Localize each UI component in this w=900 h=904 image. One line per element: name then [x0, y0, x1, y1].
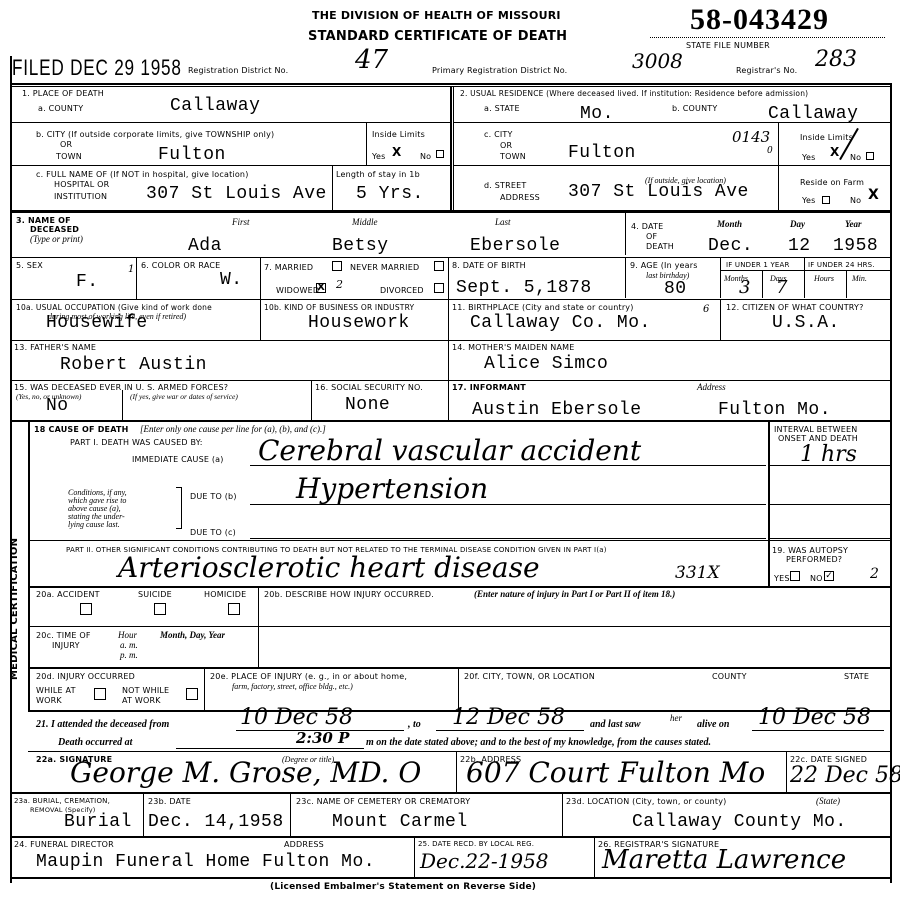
am-label: a. m. — [120, 641, 138, 650]
pod-city-or: OR — [60, 140, 72, 149]
alive-on-label: alive on — [697, 720, 730, 729]
attended-to-line — [436, 730, 584, 731]
divorced-label: DIVORCED — [380, 286, 424, 295]
immediate-cause-label: IMMEDIATE CAUSE (a) — [132, 455, 224, 464]
col-line — [311, 380, 312, 420]
location-label: 23d. LOCATION (City, town, or county) — [566, 797, 727, 806]
col-line — [762, 270, 763, 298]
col-line — [846, 270, 847, 298]
business-label: 10b. KIND OF BUSINESS OR INDUSTRY — [264, 303, 414, 312]
under-24hr-label: IF UNDER 24 HRS. — [808, 261, 875, 270]
autopsy-code: 2 — [870, 566, 879, 582]
filed-stamp-bar — [10, 56, 12, 84]
last-name-label: Last — [495, 218, 511, 227]
homicide-label: HOMICIDE — [204, 590, 246, 599]
res-street-label-2: ADDRESS — [500, 193, 540, 202]
accident-label: 20a. ACCIDENT — [36, 590, 100, 599]
res-city-or: OR — [500, 141, 512, 150]
age-months-value: 3 — [739, 279, 750, 297]
row-line — [12, 257, 890, 258]
row-line — [12, 380, 890, 381]
pod-length-of-stay-value: 5 Yrs. — [356, 184, 424, 204]
widowed-label: WIDOWED — [276, 286, 319, 295]
date-signed-value: 22 Dec 58 — [790, 764, 900, 788]
pod-length-of-stay-label: Length of stay in 1b — [336, 170, 420, 179]
year-label: Year — [845, 220, 862, 229]
header-title-line2: STANDARD CERTIFICATE OF DEATH — [308, 30, 567, 44]
funeral-director-label: 24. FUNERAL DIRECTOR — [14, 840, 114, 849]
registrars-no-label: Registrar's No. — [736, 66, 797, 75]
physician-signature: George M. Grose, MD. O — [70, 758, 421, 788]
ssn-label: 16. SOCIAL SECURITY NO. — [315, 383, 423, 392]
pod-hospital-label: c. FULL NAME OF (If NOT in hospital, giv… — [36, 170, 249, 179]
suicide-checkbox[interactable] — [154, 603, 166, 615]
interval-line-a — [770, 465, 890, 466]
row-line — [454, 165, 890, 166]
col-line — [448, 300, 449, 340]
middle-name-value: Betsy — [332, 236, 389, 256]
injury-state-label: STATE — [844, 672, 869, 681]
primary-registration-district-value: 3008 — [632, 50, 683, 72]
while-at-work-label-2: WORK — [36, 696, 62, 705]
last-name-value: Ebersole — [470, 236, 560, 256]
interval-value: 1 hrs — [800, 444, 857, 466]
occupation-value: Housewife — [46, 313, 148, 333]
divider-1-2 — [450, 86, 452, 210]
married-checkbox[interactable] — [332, 261, 342, 271]
col-line — [720, 258, 721, 298]
section-divider — [10, 210, 892, 213]
registration-district-label: Registration District No. — [188, 66, 288, 75]
date-of-death-label-2: OF — [646, 232, 657, 241]
race-value: W. — [220, 270, 243, 290]
armed-forces-sub2: (If yes, give war or dates of service) — [130, 392, 238, 401]
accident-checkbox[interactable] — [80, 603, 92, 615]
informant-address-label: Address — [697, 383, 726, 392]
date-received-value: Dec.22-1958 — [420, 850, 549, 872]
under-1yr-label: IF UNDER 1 YEAR — [726, 261, 790, 270]
occupation-label: 10a. USUAL OCCUPATION (Give kind of work… — [16, 303, 212, 312]
col-line — [414, 837, 415, 877]
due-to-c-label: DUE TO (c) — [190, 528, 236, 537]
cemetery-label: 23c. NAME OF CEMETERY OR CREMATORY — [296, 797, 470, 806]
burial-label: 23a. BURIAL, CREMATION, — [14, 797, 110, 806]
last-saw-date-line — [752, 730, 884, 731]
mdy-label: Month, Day, Year — [160, 631, 225, 640]
col-line — [458, 668, 459, 710]
dob-label: 8. DATE OF BIRTH — [452, 261, 526, 270]
to-label: , to — [408, 720, 421, 729]
res-street-value: 307 St Louis Ave — [568, 182, 749, 202]
frame-left — [10, 83, 12, 883]
col-line — [122, 390, 123, 420]
suicide-label: SUICIDE — [138, 590, 172, 599]
date-of-death-label: 4. DATE — [631, 222, 663, 231]
header-title-line1: THE DIVISION OF HEALTH OF MISSOURI — [312, 10, 561, 22]
res-farm-no-mark[interactable]: X — [868, 188, 879, 202]
time-of-injury-label: 20c. TIME OF — [36, 631, 91, 640]
race-label: 6. COLOR OR RACE — [141, 261, 220, 270]
hours-label: Hours — [814, 274, 834, 283]
father-label: 13. FATHER'S NAME — [14, 343, 96, 352]
col-line — [448, 340, 449, 380]
res-inside-limits-label: Inside Limits — [800, 133, 853, 142]
pod-hospital-label-2: HOSPITAL OR — [54, 180, 109, 189]
col-line — [786, 752, 787, 792]
section-divider — [10, 836, 892, 838]
section-divider — [10, 420, 892, 422]
hour-label: Hour — [118, 631, 137, 640]
pod-hospital-value: 307 St Louis Ave — [146, 184, 327, 204]
state-file-number-label: STATE FILE NUMBER — [686, 41, 770, 50]
not-while-at-work-checkbox[interactable] — [186, 688, 198, 700]
name-label: 3. NAME OF — [16, 216, 71, 225]
cause-of-death-label: 18 CAUSE OF DEATH — [34, 425, 129, 434]
divider-1-2-inner — [453, 86, 454, 210]
last-saw-date-value: 10 Dec 58 — [758, 705, 871, 730]
death-statement: m on the date stated above; and to the b… — [366, 738, 711, 747]
col-line — [260, 300, 261, 340]
armed-forces-value: No — [46, 396, 69, 416]
funeral-address-label: ADDRESS — [284, 840, 324, 849]
never-married-label: NEVER MARRIED — [350, 263, 419, 272]
describe-injury-label: 20b. DESCRIBE HOW INJURY OCCURRED. — [264, 590, 434, 599]
row-line — [12, 299, 890, 300]
death-month-value: Dec. — [708, 236, 753, 256]
ssn-value: None — [345, 395, 390, 415]
pod-inside-limits-label: Inside Limits — [372, 130, 425, 139]
row-line — [28, 626, 890, 627]
location-value: Callaway County Mo. — [632, 812, 847, 832]
marital-code: 2 — [336, 278, 343, 291]
immediate-cause-line — [250, 465, 766, 466]
burial-date-value: Dec. 14,1958 — [148, 812, 284, 832]
pod-hospital-label-3: INSTITUTION — [54, 192, 107, 201]
col-line — [448, 380, 449, 420]
registration-district-value: 47 — [355, 46, 388, 74]
col-line — [366, 123, 367, 165]
immediate-cause-value: Cerebral vascular accident — [258, 436, 641, 466]
part2-value: Arteriosclerotic heart disease — [118, 553, 540, 583]
pod-county-label: a. COUNTY — [38, 104, 83, 113]
col-line — [562, 793, 563, 836]
usual-residence-label: 2. USUAL RESIDENCE (Where deceased lived… — [460, 89, 808, 98]
primary-registration-district-label: Primary Registration District No. — [432, 66, 567, 75]
row-line — [12, 340, 890, 341]
while-at-work-checkbox[interactable] — [94, 688, 106, 700]
row-line — [28, 751, 890, 752]
footer-note: (Licensed Embalmer's Statement on Revers… — [270, 883, 536, 892]
sex-value: F. — [76, 272, 99, 292]
medical-certification-label: MEDICAL CERTIFICATION — [10, 530, 19, 680]
location-state-label: (State) — [816, 797, 840, 806]
col-line — [332, 166, 333, 210]
interval-label-1: INTERVAL BETWEEN — [774, 425, 857, 434]
res-city-code: 0143 — [732, 128, 770, 146]
res-city-value: Fulton — [568, 143, 636, 163]
month-label: Month — [717, 220, 742, 229]
age-label: 9. AGE (In years — [630, 261, 698, 270]
section-divider — [28, 586, 890, 588]
conditions-brace — [176, 487, 182, 529]
interval-column-border — [768, 422, 770, 588]
last-saw-label: and last saw — [590, 720, 641, 729]
col-line — [625, 213, 626, 255]
citizen-value: U.S.A. — [772, 313, 840, 333]
col-line — [204, 668, 205, 710]
pod-city-label: b. CITY (If outside corporate limits, gi… — [36, 130, 274, 139]
res-inside-no-checkbox[interactable] — [866, 152, 874, 160]
conditions-label-5: lying cause last. — [68, 520, 120, 529]
injury-occurred-label: 20d. INJURY OCCURRED — [36, 672, 135, 681]
col-line — [260, 258, 261, 300]
res-state-value: Mo. — [580, 104, 614, 124]
res-street-label: d. STREET — [484, 181, 526, 190]
not-while-at-work-label-2: AT WORK — [122, 696, 161, 705]
row-line — [12, 122, 450, 123]
attended-label: 21. I attended the deceased from — [36, 720, 169, 729]
registrar-signature-value: Maretta Lawrence — [602, 846, 846, 874]
pod-inside-no-label: No — [420, 152, 431, 161]
section-divider — [28, 667, 890, 669]
mother-value: Alice Simco — [484, 354, 608, 374]
death-day-value: 12 — [788, 236, 811, 256]
funeral-director-value: Maupin Funeral Home Fulton Mo. — [36, 852, 375, 872]
homicide-checkbox[interactable] — [228, 603, 240, 615]
first-name-label: First — [232, 218, 250, 227]
res-state-label: a. STATE — [484, 104, 520, 113]
age-value: 80 — [664, 279, 687, 299]
middle-name-label: Middle — [352, 218, 378, 227]
pod-inside-yes-mark[interactable]: X — [392, 148, 401, 157]
citizen-label: 12. CITIZEN OF WHAT COUNTRY? — [726, 303, 864, 312]
birthplace-label: 11. BIRTHPLACE (City and state or countr… — [452, 303, 634, 312]
place-of-injury-label: 20e. PLACE OF INJURY (e. g., in or about… — [210, 672, 407, 681]
pod-inside-no-checkbox[interactable] — [436, 150, 444, 158]
interval-line-c — [770, 538, 890, 539]
mother-label: 14. MOTHER'S MAIDEN NAME — [452, 343, 575, 352]
row-line — [454, 122, 890, 123]
birthplace-code: 6 — [703, 304, 709, 315]
col-line — [136, 258, 137, 300]
attended-from-value: 10 Dec 58 — [240, 705, 353, 730]
sex-code: 1 — [128, 264, 134, 275]
res-farm-yes-label: Yes — [802, 196, 816, 205]
sex-label: 5. SEX — [16, 261, 43, 270]
col-line — [290, 793, 291, 836]
res-farm-yes-checkbox[interactable] — [822, 196, 830, 204]
burial-date-label: 23b. DATE — [148, 797, 191, 806]
while-at-work-label: WHILE AT — [36, 686, 76, 695]
frame-top — [10, 83, 892, 85]
due-to-b-line — [250, 504, 766, 505]
not-while-at-work-label: NOT WHILE — [122, 686, 169, 695]
father-value: Robert Austin — [60, 355, 207, 375]
informant-label: 17. INFORMANT — [452, 383, 526, 392]
col-line — [778, 123, 779, 210]
first-name-value: Ada — [188, 236, 222, 256]
col-line — [625, 258, 626, 298]
row-line — [12, 165, 450, 166]
col-line — [448, 258, 449, 300]
col-line — [143, 793, 144, 836]
autopsy-yes-label: YES — [774, 574, 790, 583]
col-line — [594, 837, 595, 877]
birthplace-value: Callaway Co. Mo. — [470, 313, 651, 333]
physician-address-value: 607 Court Fulton Mo — [466, 758, 765, 788]
day-label: Day — [790, 220, 805, 229]
row-line — [720, 270, 890, 271]
col-line — [804, 258, 805, 298]
frame-bottom — [10, 877, 892, 879]
res-county-label: b. COUNTY — [672, 104, 717, 113]
describe-injury-instruction: (Enter nature of injury in Part I or Par… — [474, 590, 675, 599]
informant-value: Austin Ebersole — [472, 400, 642, 420]
death-year-value: 1958 — [833, 236, 878, 256]
date-of-death-label-3: DEATH — [646, 242, 674, 251]
married-label: 7. MARRIED — [264, 263, 313, 272]
time-of-injury-label-2: INJURY — [52, 641, 80, 650]
col-line — [720, 300, 721, 340]
autopsy-no-checkbox[interactable]: ✓ — [824, 571, 834, 581]
res-city-label: c. CITY — [484, 130, 513, 139]
interval-line-b — [770, 504, 890, 505]
business-value: Housework — [308, 313, 410, 333]
registrars-no-value: 283 — [815, 48, 857, 72]
autopsy-label-1: 19. WAS AUTOPSY — [772, 546, 848, 555]
pod-city-town: TOWN — [56, 152, 82, 161]
name-label-2: DECEASED — [30, 225, 79, 234]
res-city-town: TOWN — [500, 152, 526, 161]
col-line — [258, 587, 259, 667]
informant-address-value: Fulton Mo. — [718, 400, 831, 420]
state-file-underline — [650, 37, 885, 38]
dob-value: Sept. 5,1878 — [456, 278, 592, 298]
min-label: Min. — [852, 274, 867, 283]
death-time-value: 2:30 P — [296, 729, 349, 747]
res-county-value: Callaway — [768, 104, 858, 124]
age-days-value: 7 — [776, 279, 787, 297]
injury-county-label: COUNTY — [712, 672, 747, 681]
divorced-checkbox[interactable] — [434, 283, 444, 293]
res-inside-yes-mark[interactable]: X — [830, 148, 839, 157]
part2-code: 331X — [675, 563, 720, 583]
place-of-injury-label-2: farm, factory, street, office bldg., etc… — [232, 682, 353, 691]
res-farm-no-label: No — [850, 196, 861, 205]
pod-inside-yes-label: Yes — [372, 152, 386, 161]
res-city-code-sub: 0 — [767, 146, 773, 156]
date-received-label: 25. DATE RECD. BY LOCAL REG. — [418, 840, 534, 849]
last-saw-pronoun: her — [670, 714, 682, 723]
res-inside-no-label: No — [850, 153, 861, 162]
res-farm-label: Reside on Farm — [800, 178, 864, 187]
widowed-checkbox[interactable]: X — [316, 283, 326, 293]
pod-city-value: Fulton — [158, 145, 226, 165]
autopsy-yes-checkbox[interactable] — [790, 571, 800, 581]
row-line — [28, 540, 890, 541]
res-inside-yes-label: Yes — [802, 153, 816, 162]
attended-to-value: 12 Dec 58 — [452, 705, 565, 730]
part1-label: PART I. DEATH WAS CAUSED BY: — [70, 438, 203, 447]
due-to-c-line — [250, 538, 766, 539]
col-line — [456, 752, 457, 792]
due-to-b-label: DUE TO (b) — [190, 492, 237, 501]
cemetery-value: Mount Carmel — [332, 812, 468, 832]
place-of-death-label: 1. PLACE OF DEATH — [22, 89, 104, 98]
cause-instruction: [Enter only one cause per line for (a), … — [140, 425, 326, 434]
pm-label: p. m. — [120, 651, 138, 660]
due-to-b-value: Hypertension — [296, 474, 488, 504]
filed-stamp: FILED DEC 29 1958 — [12, 56, 182, 80]
name-label-3: (Type or print) — [30, 235, 83, 244]
injury-city-label: 20f. CITY, TOWN, OR LOCATION — [464, 672, 595, 681]
never-married-checkbox[interactable] — [434, 261, 444, 271]
autopsy-no-label: NO — [810, 574, 823, 583]
death-occurred-label: Death occurred at — [58, 738, 132, 747]
death-time-line — [176, 748, 364, 749]
pod-county-value: Callaway — [170, 96, 260, 116]
burial-value: Burial — [64, 812, 132, 832]
state-file-number: 58-043429 — [690, 4, 829, 36]
autopsy-label-2: PERFORMED? — [786, 555, 842, 564]
